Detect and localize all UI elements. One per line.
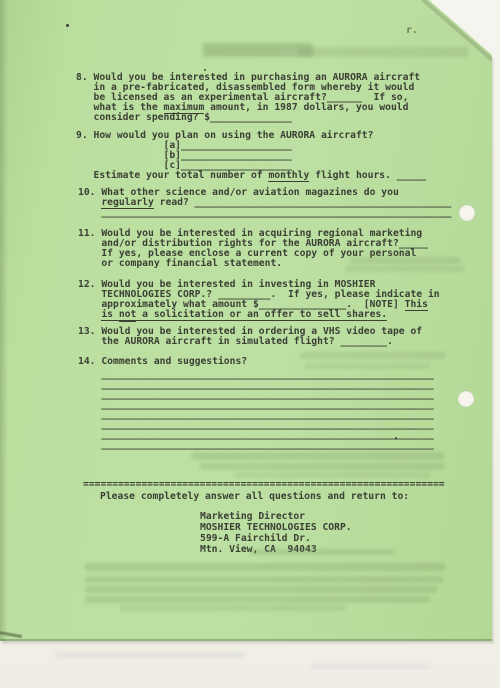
question-13-line: the AURORA aircraft in simulated flight?… <box>78 337 422 347</box>
scan-background: r. =====================================… <box>0 0 500 688</box>
stray-typed-mark: r. <box>406 26 418 36</box>
question-8-line: consider spending? $______________ <box>76 113 420 123</box>
return-instruction: Please completely answer all questions a… <box>100 492 409 502</box>
address-block-line: MOSHIER TECHNOLOGIES CORP. <box>200 522 352 533</box>
bleedthrough-smudge <box>85 563 445 571</box>
paper-right-shadow <box>492 58 495 641</box>
question-10: 10. What other science and/or aviation m… <box>78 188 451 218</box>
question-13: 13. Would you be interested in ordering … <box>78 327 422 347</box>
paper-bottom-shadow <box>2 641 494 645</box>
background-scuff <box>310 664 430 669</box>
underlined-text: This <box>405 299 428 311</box>
address-block-line: Marketing Director <box>200 511 352 522</box>
question-9-line: Estimate your total number of monthly fl… <box>76 171 426 181</box>
background-scuff <box>55 652 245 658</box>
underlined-text: a solicitation or an offer to sell share… <box>136 309 387 321</box>
bleedthrough-smudge <box>250 549 395 555</box>
question-9: 9. How would you plan on using the AUROR… <box>76 131 426 181</box>
bleedthrough-smudge <box>85 576 443 583</box>
question-12: 12. Would you be interested in investing… <box>78 280 440 320</box>
hole-punch-bottom <box>458 391 474 407</box>
bleedthrough-smudge <box>85 586 437 593</box>
bleedthrough-smudge <box>85 596 430 603</box>
question-12-line: is not a solicitation or an offer to sel… <box>78 310 440 320</box>
bleedthrough-smudge <box>120 605 345 611</box>
bleedthrough-smudge <box>192 452 444 460</box>
question-14: 14. Comments and suggestions? <box>78 357 247 367</box>
question-10-line: ________________________________________… <box>78 208 451 218</box>
comment-answer-lines-line: ________________________________________… <box>78 440 434 450</box>
bleedthrough-smudge <box>350 257 460 264</box>
bleedthrough-smudge <box>298 47 468 57</box>
hole-punch-top <box>459 205 475 221</box>
bleedthrough-smudge <box>235 472 430 478</box>
fold-notch <box>0 631 22 638</box>
ink-speck <box>66 24 69 27</box>
question-14-line: 14. Comments and suggestions? <box>78 357 247 367</box>
question-8: 8. Would you be interested in purchasing… <box>76 73 420 123</box>
underlined-text: is <box>101 309 119 321</box>
paper: r. =====================================… <box>0 0 492 641</box>
bleedthrough-smudge <box>345 266 465 272</box>
ink-speck <box>204 69 206 71</box>
address-block-line: 599-A Fairchild Dr. <box>200 533 352 544</box>
bleedthrough-smudge <box>200 463 445 470</box>
underlined-text: monthly <box>268 170 309 182</box>
underlined-text: not <box>119 309 137 322</box>
ink-speck <box>395 437 397 439</box>
comment-answer-lines: ________________________________________… <box>78 370 434 450</box>
bleedthrough-smudge <box>203 43 313 57</box>
separator-line: ========================================… <box>83 480 445 490</box>
bleedthrough-smudge <box>300 352 445 359</box>
bleedthrough-smudge <box>305 363 430 369</box>
